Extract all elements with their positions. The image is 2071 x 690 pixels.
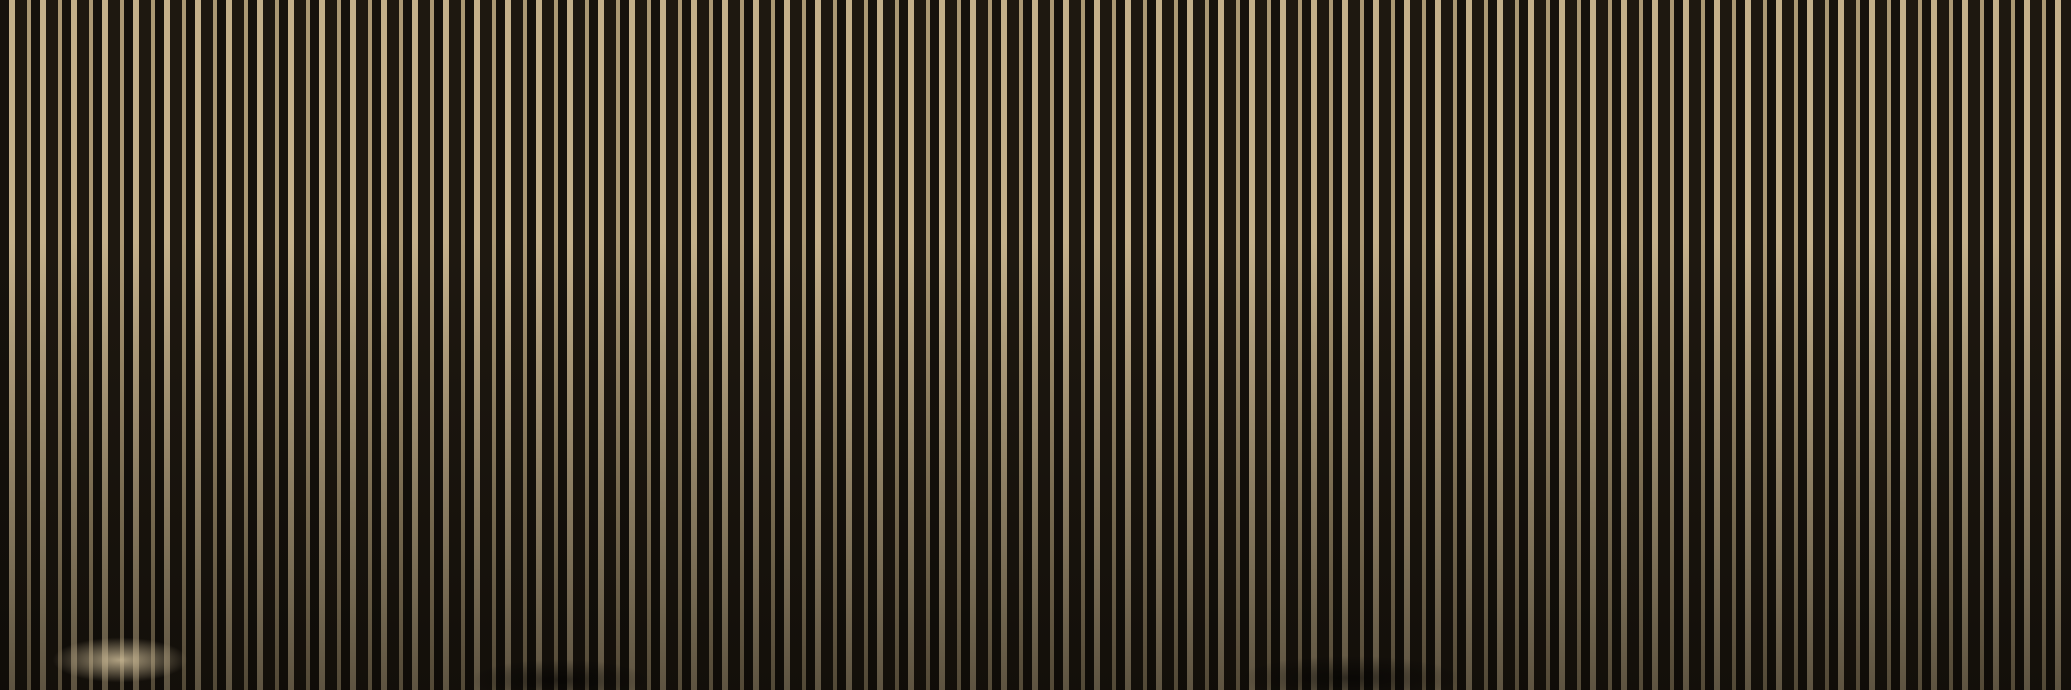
marbled-cover-strip <box>0 0 2071 690</box>
manuscript-photo: Gershom Seixas גרשם שקש פס הקלן Mich Mic… <box>0 0 2071 690</box>
